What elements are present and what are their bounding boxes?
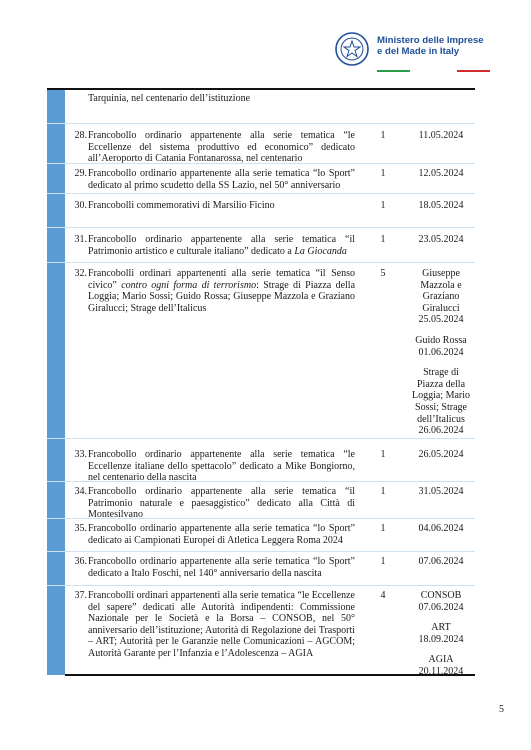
issue-date-entry: 31.05.2024 xyxy=(411,486,471,498)
row-description: Francobolli ordinari appartenenti alla s… xyxy=(88,268,355,314)
row-description: Francobollo ordinario appartenente alla … xyxy=(88,234,355,257)
row-issue-date: CONSOB 07.06.2024ART 18.09.2024AGIA 20.1… xyxy=(411,590,471,678)
row-quantity: 1 xyxy=(378,556,388,568)
row-issue-date: 11.05.2024 xyxy=(411,130,471,142)
row-number: 37. xyxy=(69,590,87,602)
row-quantity: 5 xyxy=(378,268,388,280)
ministry-logo: Ministero delle Imprese e del Made in It… xyxy=(334,30,514,74)
issue-date-entry: Guido Rossa 01.06.2024 xyxy=(411,335,471,358)
issue-date-entry: 11.05.2024 xyxy=(411,130,471,142)
issue-date-entry: ART 18.09.2024 xyxy=(411,622,471,645)
row-quantity: 1 xyxy=(378,130,388,142)
italian-republic-emblem-icon xyxy=(334,30,370,68)
row-separator xyxy=(47,518,475,519)
row-separator xyxy=(47,123,475,124)
row-number: 30. xyxy=(69,200,87,212)
table-top-rule xyxy=(47,88,475,90)
row-description: Francobolli ordinari appartenenti alla s… xyxy=(88,590,355,660)
row-issue-date: 31.05.2024 xyxy=(411,486,471,498)
issue-date-entry: 07.06.2024 xyxy=(411,556,471,568)
row-quantity: 1 xyxy=(378,168,388,180)
row-quantity: 1 xyxy=(378,486,388,498)
issue-date-entry: 18.05.2024 xyxy=(411,200,471,212)
row-quantity: 4 xyxy=(378,590,388,602)
row-description: Francobollo ordinario appartenente alla … xyxy=(88,486,355,521)
row-description: Francobolli commemorativi di Marsilio Fi… xyxy=(88,200,355,212)
row-separator xyxy=(47,481,475,482)
page-number: 5 xyxy=(499,704,504,715)
row-separator xyxy=(47,227,475,228)
issue-date-entry: CONSOB 07.06.2024 xyxy=(411,590,471,613)
row-issue-date: 04.06.2024 xyxy=(411,523,471,535)
row-number: 35. xyxy=(69,523,87,535)
row-separator xyxy=(47,193,475,194)
row-description: Francobollo ordinario appartenente alla … xyxy=(88,523,355,546)
row-separator xyxy=(47,262,475,263)
issue-date-entry: 23.05.2024 xyxy=(411,234,471,246)
table-bottom-rule xyxy=(65,674,475,676)
issue-date-entry: Strage di Piazza della Loggia; Mario Sos… xyxy=(411,367,471,437)
row-number: 33. xyxy=(69,449,87,461)
flag-red-rule xyxy=(457,70,490,72)
row-description: Francobollo ordinario appartenente alla … xyxy=(88,130,355,165)
row-number: 29. xyxy=(69,168,87,180)
ministry-name: Ministero delle Imprese e del Made in It… xyxy=(377,35,484,57)
row-issue-date: 18.05.2024 xyxy=(411,200,471,212)
flag-green-rule xyxy=(377,70,410,72)
row-number: 36. xyxy=(69,556,87,568)
row-issue-date: 12.05.2024 xyxy=(411,168,471,180)
row-quantity: 1 xyxy=(378,200,388,212)
row-description: Tarquinia, nel centenario dell’istituzio… xyxy=(88,93,355,105)
row-separator xyxy=(47,438,475,439)
row-quantity: 1 xyxy=(378,523,388,535)
issue-date-entry: Giuseppe Mazzola e Graziano Giralucci 25… xyxy=(411,268,471,326)
row-description: Francobollo ordinario appartenente alla … xyxy=(88,449,355,484)
row-separator xyxy=(47,585,475,586)
issue-date-entry: 12.05.2024 xyxy=(411,168,471,180)
row-number: 34. xyxy=(69,486,87,498)
row-separator xyxy=(47,163,475,164)
row-number: 31. xyxy=(69,234,87,246)
table-accent-column xyxy=(47,90,65,675)
row-issue-date: Giuseppe Mazzola e Graziano Giralucci 25… xyxy=(411,268,471,437)
row-issue-date: 23.05.2024 xyxy=(411,234,471,246)
row-number: 32. xyxy=(69,268,87,280)
row-description: Francobollo ordinario appartenente alla … xyxy=(88,168,355,191)
issue-date-entry: 26.05.2024 xyxy=(411,449,471,461)
row-issue-date: 26.05.2024 xyxy=(411,449,471,461)
row-description: Francobollo ordinario appartenente alla … xyxy=(88,556,355,579)
issue-date-entry: 04.06.2024 xyxy=(411,523,471,535)
row-separator xyxy=(47,551,475,552)
row-number: 28. xyxy=(69,130,87,142)
row-quantity: 1 xyxy=(378,449,388,461)
row-issue-date: 07.06.2024 xyxy=(411,556,471,568)
row-quantity: 1 xyxy=(378,234,388,246)
